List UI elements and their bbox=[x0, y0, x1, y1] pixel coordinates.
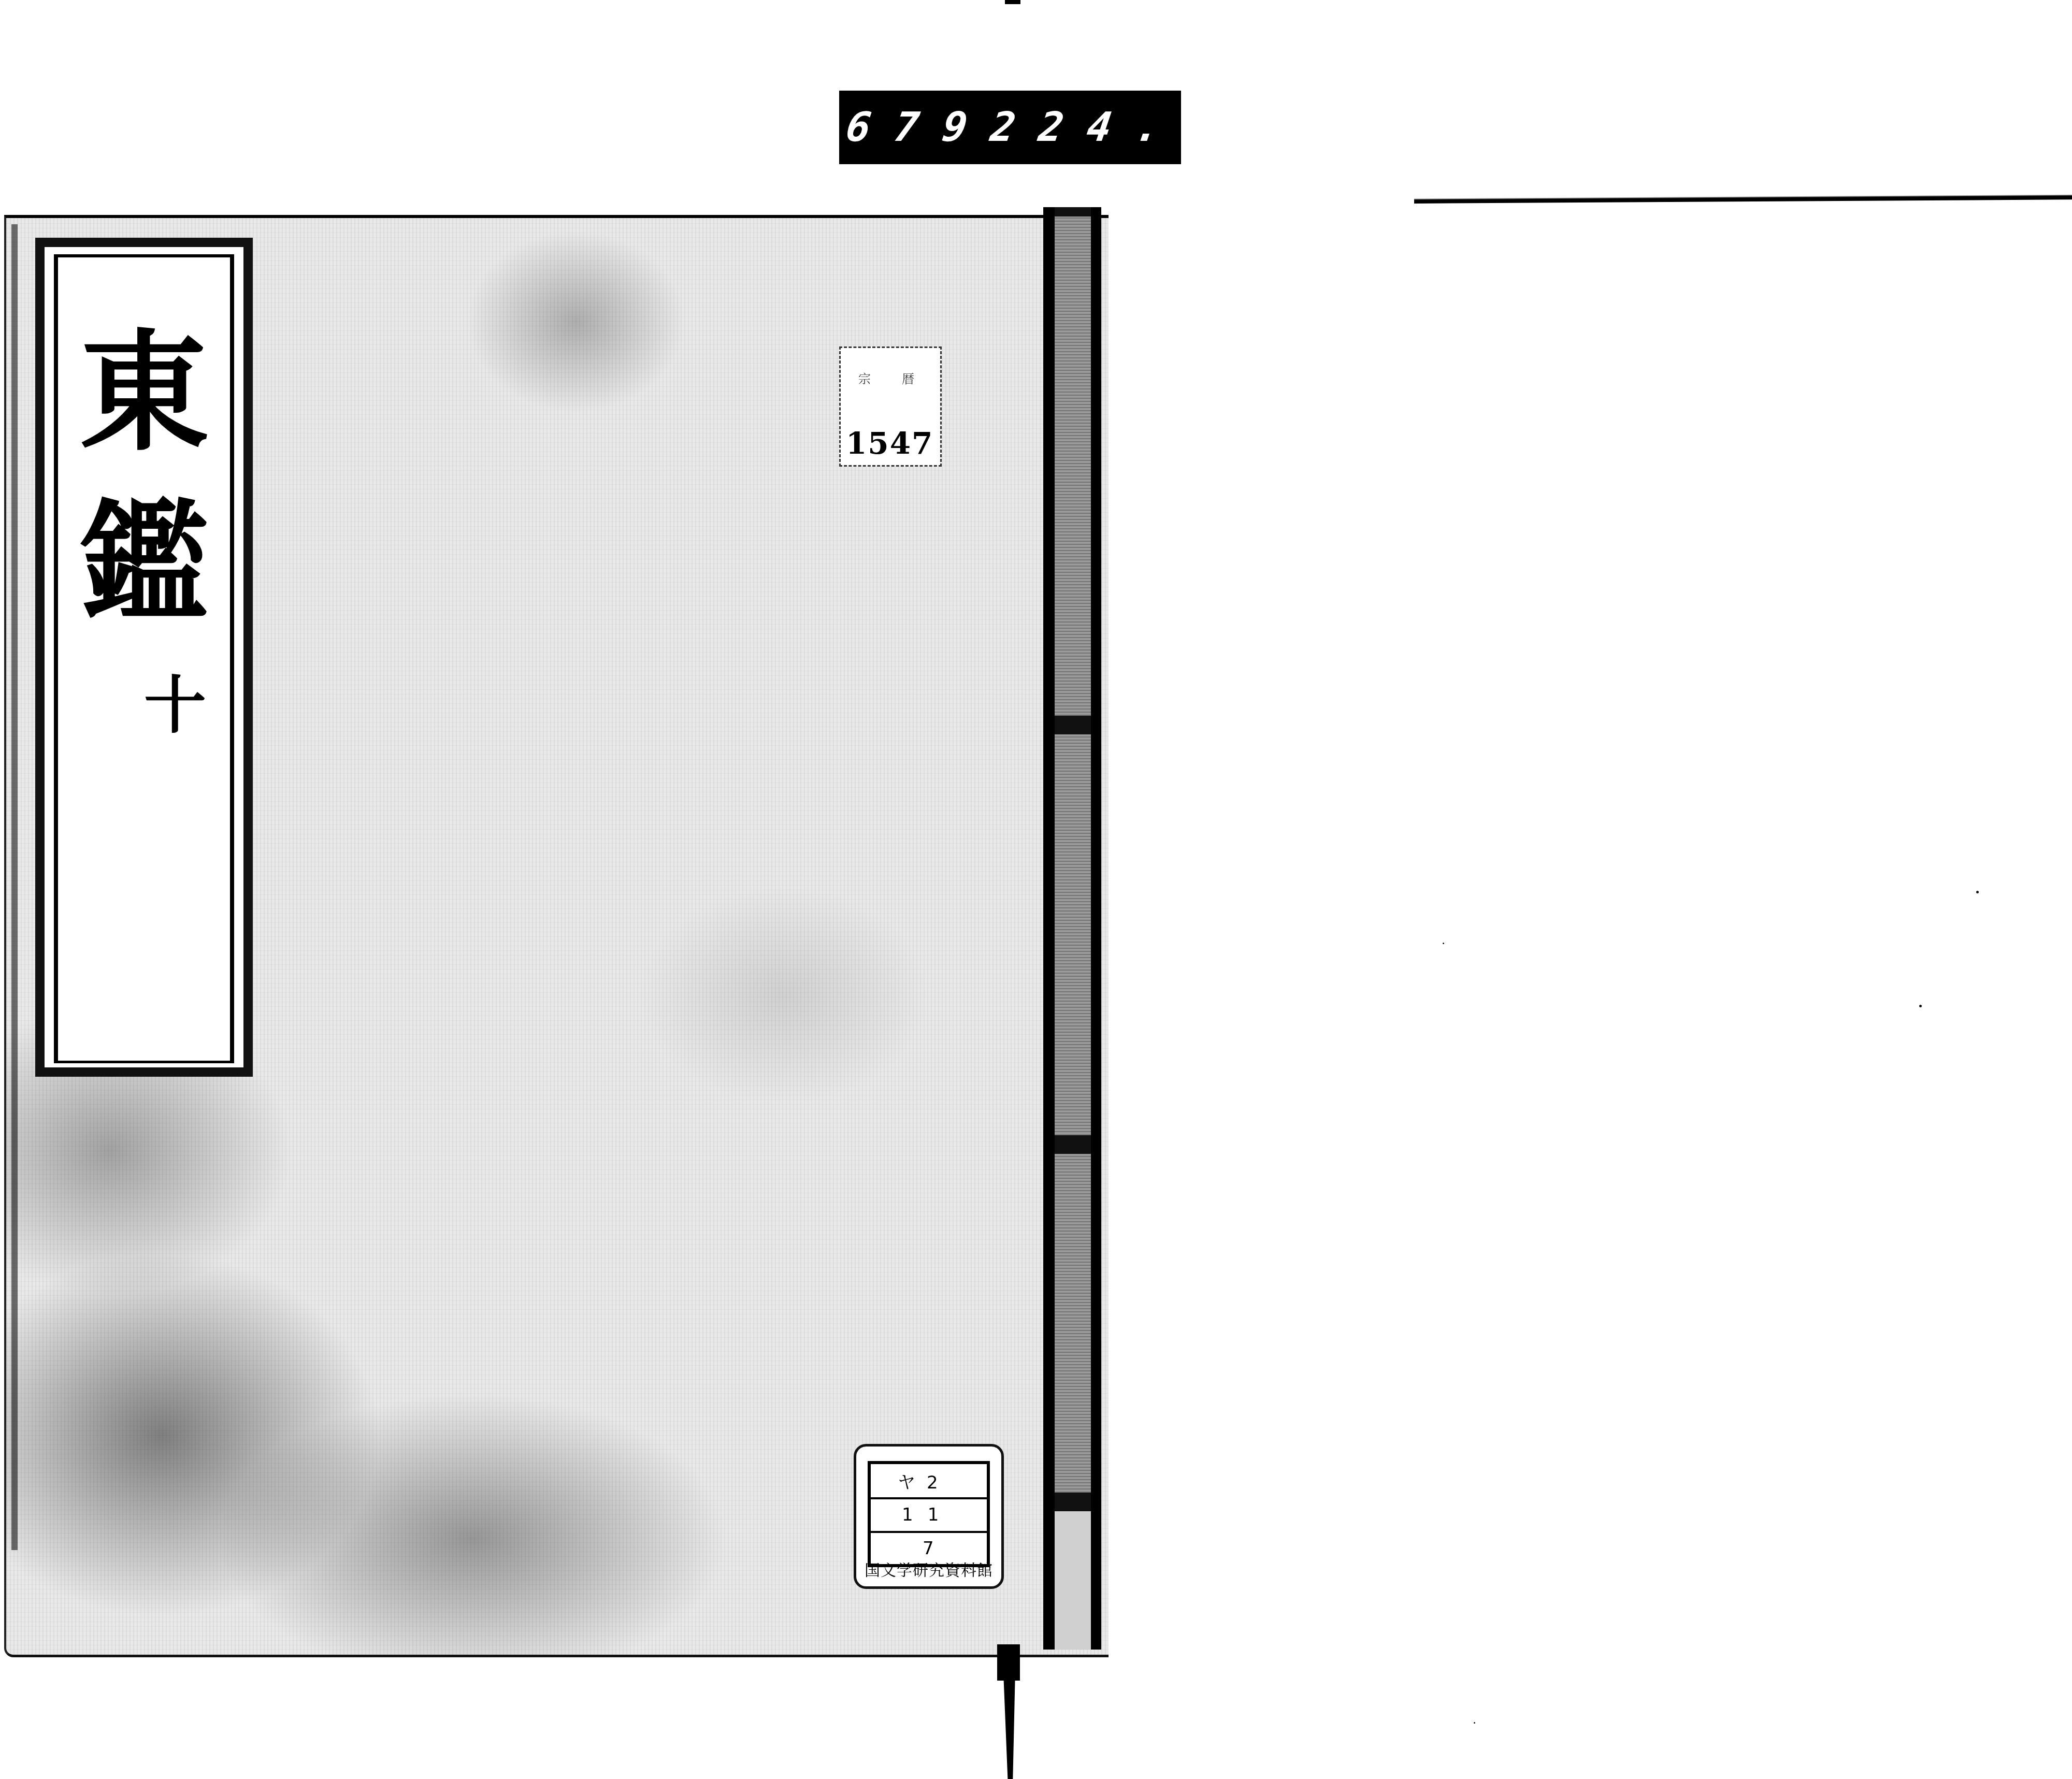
binding-segment bbox=[1055, 1145, 1091, 1502]
binding-spine bbox=[1036, 207, 1109, 1650]
dust-speck bbox=[1474, 1722, 1475, 1724]
book-cover: 東 鑑 十 宗 暦 1547 ヤ2 11 7 国文学研究資料館 bbox=[4, 215, 1109, 1657]
dust-speck bbox=[1919, 1005, 1922, 1007]
shelf-label-char-1: 宗 bbox=[858, 369, 871, 387]
volume-mark: 十 bbox=[120, 656, 230, 745]
title-slip: 東 鑑 十 bbox=[35, 238, 253, 1077]
spine-edge-left bbox=[1043, 207, 1055, 1650]
institution-name: 国文学研究資料館 bbox=[856, 1557, 1001, 1580]
dust-speck bbox=[1443, 943, 1444, 944]
binding-segment bbox=[1055, 207, 1091, 725]
frame-number: 224. bbox=[988, 104, 1187, 151]
adjacent-page-edge bbox=[1414, 194, 2072, 204]
title-char-1: 東 bbox=[58, 288, 230, 475]
shelf-label: 宗 暦 1547 bbox=[839, 346, 942, 467]
title-slip-inner-frame: 東 鑑 十 bbox=[54, 254, 234, 1063]
reel-number: 679 bbox=[843, 104, 995, 151]
spine-edge-right bbox=[1091, 207, 1101, 1650]
call-row-2: 11 bbox=[871, 1497, 987, 1530]
call-number-label: ヤ2 11 7 国文学研究資料館 bbox=[854, 1444, 1004, 1589]
binding-segment bbox=[1055, 725, 1091, 1145]
call-number-grid: ヤ2 11 7 bbox=[868, 1461, 990, 1567]
call-row-1: ヤ2 bbox=[871, 1464, 987, 1497]
shelf-id-number: 1547 bbox=[846, 426, 933, 461]
cover-edge-shadow bbox=[11, 224, 18, 1550]
reel-frame-label: 679 224. bbox=[839, 91, 1181, 164]
dust-speck bbox=[1976, 891, 1979, 893]
binding-segment bbox=[1055, 1502, 1091, 1650]
bookmark-string bbox=[1002, 1647, 1016, 1779]
frame-top-mark bbox=[1005, 0, 1020, 4]
shelf-label-char-2: 暦 bbox=[902, 369, 914, 387]
title-char-2: 鑑 bbox=[58, 459, 230, 646]
